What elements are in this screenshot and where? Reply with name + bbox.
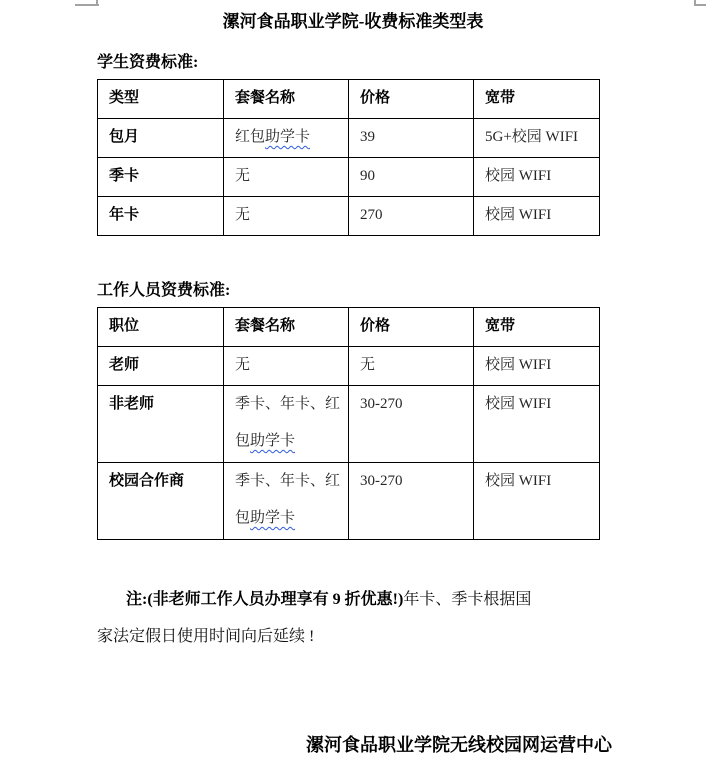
cell-package: 无: [224, 347, 349, 386]
cell-type: 年卡: [98, 197, 224, 236]
student-fees-table: 类型 套餐名称 价格 宽带 包月 红包助学卡 39 5G+校园 WIFI 季卡 …: [97, 79, 600, 236]
table-row: 老师 无 无 校园 WIFI: [98, 347, 600, 386]
table-header-row: 类型 套餐名称 价格 宽带: [98, 80, 600, 119]
cell-price: 270: [349, 197, 474, 236]
cell-price: 90: [349, 158, 474, 197]
cell-band: 校园 WIFI: [474, 158, 600, 197]
staff-fees-table: 职位 套餐名称 价格 宽带 老师 无 无 校园 WIFI 非老师 季卡、年卡、红…: [97, 307, 600, 540]
note-bold-text: 注:(非老师工作人员办理享有 9 折优惠!): [126, 591, 403, 608]
table-header-row: 职位 套餐名称 价格 宽带: [98, 308, 600, 347]
cell-price: 30-270: [349, 463, 474, 540]
table-row: 非老师 季卡、年卡、红 包助学卡 30-270 校园 WIFI: [98, 386, 600, 463]
package-text: 红包: [235, 129, 265, 145]
package-text: 无: [235, 168, 250, 184]
cell-package: 季卡、年卡、红 包助学卡: [224, 463, 349, 540]
package-line2-pre: 包: [235, 433, 250, 449]
cell-price: 39: [349, 119, 474, 158]
package-line2-pre: 包: [235, 510, 250, 526]
cell-package: 季卡、年卡、红 包助学卡: [224, 386, 349, 463]
table-row: 校园合作商 季卡、年卡、红 包助学卡 30-270 校园 WIFI: [98, 463, 600, 540]
cell-package: 红包助学卡: [224, 119, 349, 158]
note-regular-text: 年卡、季卡根据国: [403, 591, 531, 608]
cell-position: 非老师: [98, 386, 224, 463]
cell-band: 校园 WIFI: [474, 386, 600, 463]
cell-package: 无: [224, 158, 349, 197]
column-header-position: 职位: [98, 308, 224, 347]
package-text-spellcheck: 助学卡: [250, 433, 295, 449]
document-title: 漯河食品职业学院-收费标准类型表: [0, 7, 706, 32]
column-header-type: 类型: [98, 80, 224, 119]
cell-price: 无: [349, 347, 474, 386]
package-line1: 季卡、年卡、红: [235, 386, 344, 423]
package-text-spellcheck: 助学卡: [250, 510, 295, 526]
column-header-package: 套餐名称: [224, 308, 349, 347]
column-header-band: 宽带: [474, 80, 600, 119]
note-line-1: 注:(非老师工作人员办理享有 9 折优惠!)年卡、季卡根据国: [97, 581, 603, 618]
column-header-price: 价格: [349, 308, 474, 347]
cell-band: 校园 WIFI: [474, 197, 600, 236]
student-fees-heading: 学生资费标准:: [97, 49, 198, 72]
package-text: 无: [235, 207, 250, 223]
package-line1: 无: [235, 347, 344, 384]
cell-price: 30-270: [349, 386, 474, 463]
cell-package: 无: [224, 197, 349, 236]
cell-position: 校园合作商: [98, 463, 224, 540]
cell-band: 校园 WIFI: [474, 347, 600, 386]
table-row: 季卡 无 90 校园 WIFI: [98, 158, 600, 197]
package-line2: 包助学卡: [235, 423, 344, 460]
column-header-package: 套餐名称: [224, 80, 349, 119]
cell-type: 季卡: [98, 158, 224, 197]
cell-band: 校园 WIFI: [474, 463, 600, 540]
note-line-2: 家法定假日使用时间向后延续 !: [97, 618, 603, 655]
table-row: 年卡 无 270 校园 WIFI: [98, 197, 600, 236]
document-footer: 漯河食品职业学院无线校园网运营中心: [306, 731, 612, 757]
cell-band: 5G+校园 WIFI: [474, 119, 600, 158]
package-line2: 包助学卡: [235, 500, 344, 537]
table-row: 包月 红包助学卡 39 5G+校园 WIFI: [98, 119, 600, 158]
package-text-spellcheck: 助学卡: [265, 129, 310, 145]
staff-fees-heading: 工作人员资费标准:: [97, 277, 230, 300]
cell-type: 包月: [98, 119, 224, 158]
document-page: 漯河食品职业学院-收费标准类型表 学生资费标准: 类型 套餐名称 价格 宽带 包…: [0, 0, 706, 770]
package-line1: 季卡、年卡、红: [235, 463, 344, 500]
column-header-band: 宽带: [474, 308, 600, 347]
margin-crop-mark-left-tick: [96, 0, 98, 6]
margin-crop-mark-right-tick: [694, 0, 696, 6]
note-paragraph: 注:(非老师工作人员办理享有 9 折优惠!)年卡、季卡根据国 家法定假日使用时间…: [97, 581, 603, 655]
column-header-price: 价格: [349, 80, 474, 119]
cell-position: 老师: [98, 347, 224, 386]
